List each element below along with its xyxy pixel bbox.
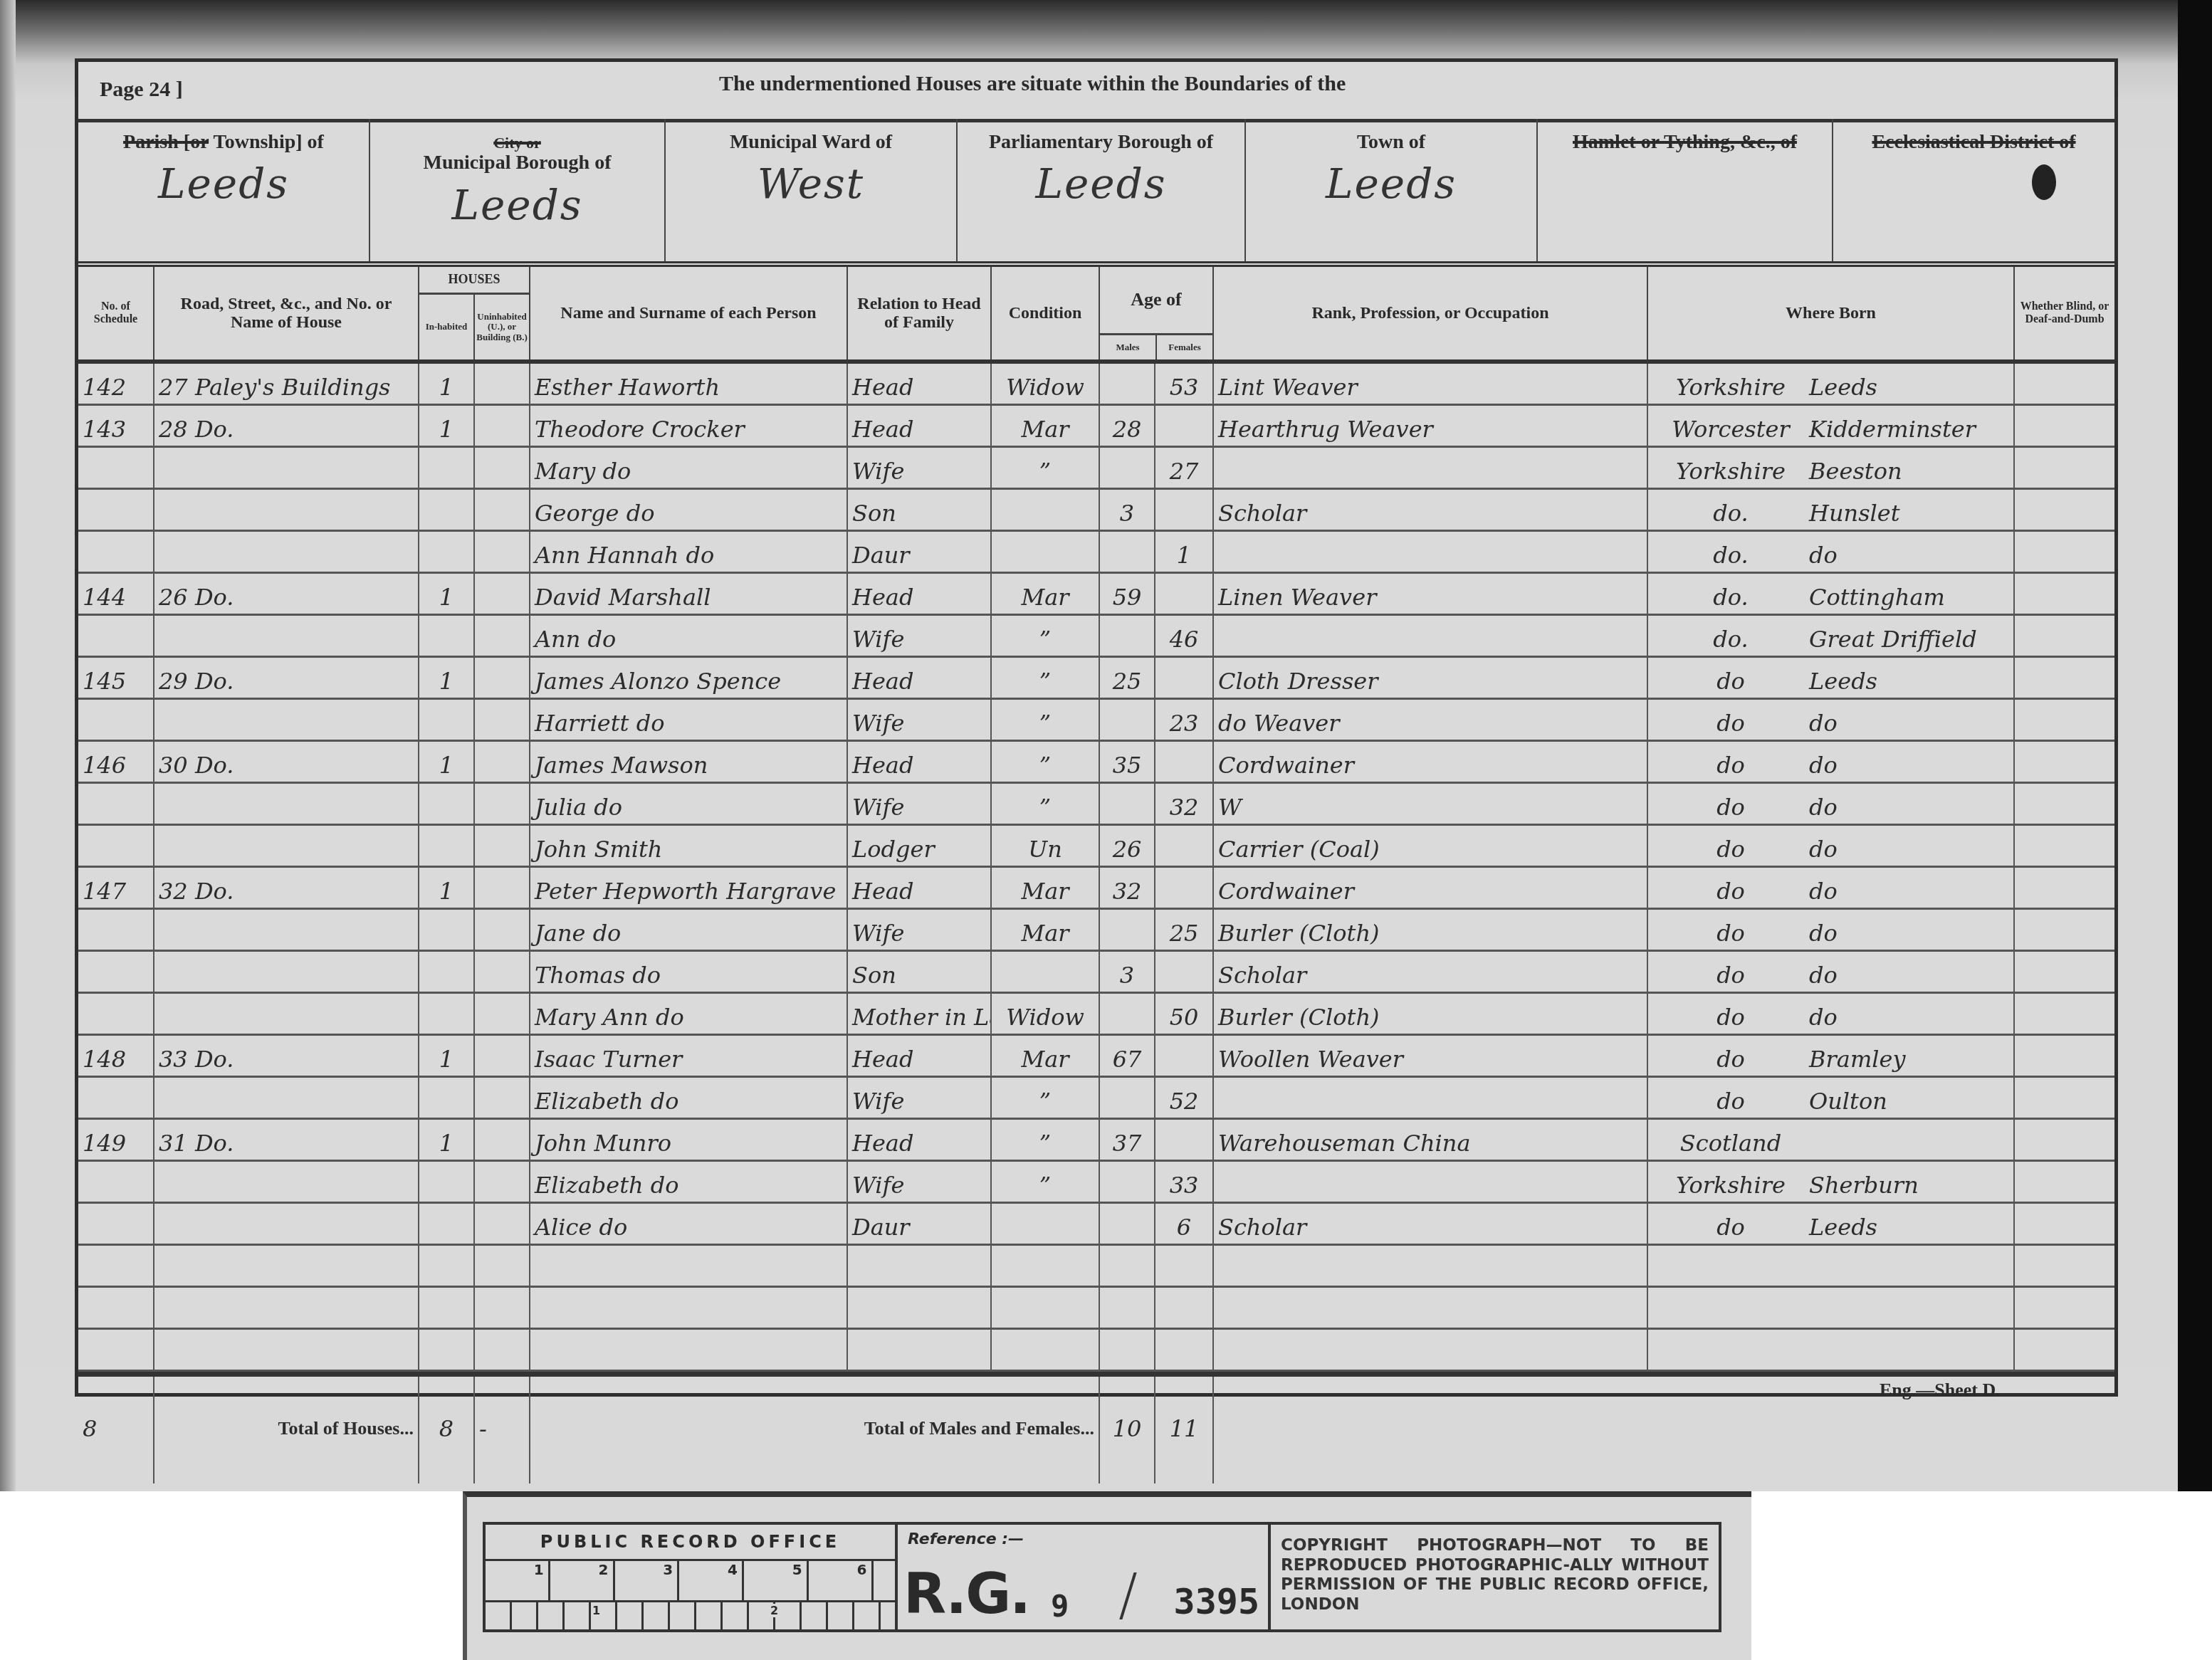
copyright-notice: COPYRIGHT PHOTOGRAPH—NOT TO BE REPRODUCE… — [1271, 1525, 1719, 1629]
cell-schedule — [78, 952, 154, 992]
cell-inhabited — [419, 994, 475, 1034]
cell-occupation: Burler (Cloth) — [1214, 994, 1648, 1034]
cell-where-born — [1648, 1330, 2015, 1370]
table-row: 14426 Do.1David MarshallHeadMar59Linen W… — [78, 574, 2114, 616]
cell-relation: Wife — [848, 910, 992, 950]
cell-inhabited — [419, 616, 475, 656]
cell-uninhabited — [475, 448, 530, 488]
cell-relation: Wife — [848, 700, 992, 740]
cell-relation: Son — [848, 490, 992, 530]
cell-uninhabited — [475, 700, 530, 740]
born-county: Worcester — [1652, 416, 1809, 443]
cell-condition: ” — [992, 616, 1100, 656]
cell-name: Peter Hepworth Hargrave — [530, 868, 848, 908]
cell-blind — [2015, 490, 2114, 530]
born-place: Oulton — [1809, 1088, 1887, 1115]
cell-condition: ” — [992, 784, 1100, 824]
ruler-mark: 2 — [770, 1604, 778, 1617]
table-row: George doSon3Scholardo.Hunslet — [78, 490, 2114, 532]
class-code: R.G. — [903, 1562, 1029, 1627]
pro-title: PUBLIC RECORD OFFICE — [486, 1525, 895, 1561]
cell-uninhabited — [475, 1120, 530, 1160]
cell-inhabited — [419, 1330, 475, 1370]
table-row: 14732 Do.1Peter Hepworth HargraveHeadMar… — [78, 868, 2114, 910]
cell-schedule — [78, 532, 154, 572]
born-place: Beeston — [1809, 458, 1902, 485]
photo-edge-black — [2178, 0, 2212, 1491]
cell-male-age — [1100, 532, 1155, 572]
cell-blind — [2015, 910, 2114, 950]
cell-road — [154, 448, 419, 488]
cell-schedule: 149 — [78, 1120, 154, 1160]
cell-male-age — [1100, 700, 1155, 740]
cell-road — [154, 532, 419, 572]
cell-relation: Wife — [848, 616, 992, 656]
cell-occupation: Carrier (Coal) — [1214, 826, 1648, 866]
cell-uninhabited — [475, 1330, 530, 1370]
cell-name: Harriett do — [530, 700, 848, 740]
cell-uninhabited — [475, 742, 530, 782]
cell-relation: Daur — [848, 1204, 992, 1244]
cell-schedule — [78, 700, 154, 740]
cell-female-age — [1155, 952, 1214, 992]
total-schedules: 8 — [78, 1377, 154, 1483]
cell-condition: Widow — [992, 364, 1100, 404]
table-row: 14931 Do.1John MunroHead”37Warehouseman … — [78, 1120, 2114, 1162]
cell-inhabited: 1 — [419, 364, 475, 404]
table-row: 14529 Do.1James Alonzo SpenceHead”25Clot… — [78, 658, 2114, 700]
table-row: Jane doWifeMar25Burler (Cloth)dodo — [78, 910, 2114, 952]
born-county: Scotland — [1652, 1130, 1809, 1157]
table-row: 14630 Do.1James MawsonHead”35Cordwainerd… — [78, 742, 2114, 784]
cell-blind — [2015, 994, 2114, 1034]
cell-schedule — [78, 1288, 154, 1328]
cell-female-age: 1 — [1155, 532, 1214, 572]
cell-female-age: 23 — [1155, 700, 1214, 740]
born-county: do — [1652, 752, 1809, 779]
cell-relation: Head — [848, 1036, 992, 1076]
col-houses: HOUSES In-habited Uninhabited (U.), or B… — [419, 267, 530, 359]
cell-male-age — [1100, 1288, 1155, 1328]
col-condition: Condition — [992, 267, 1100, 359]
cell-uninhabited — [475, 364, 530, 404]
born-county: do — [1652, 1088, 1809, 1115]
cell-relation: Head — [848, 868, 992, 908]
area-label-struck: Parish [or — [123, 131, 209, 153]
total-males: 10 — [1100, 1377, 1155, 1483]
cell-uninhabited — [475, 952, 530, 992]
cell-uninhabited — [475, 826, 530, 866]
cell-blind — [2015, 1204, 2114, 1244]
born-place: Great Driffield — [1809, 626, 1977, 653]
cell-name: Mary Ann do — [530, 994, 848, 1034]
col-uninhabited: Uninhabited (U.), or Building (B.) — [475, 295, 529, 359]
cell-schedule — [78, 994, 154, 1034]
cell-name: George do — [530, 490, 848, 530]
col-age-label: Age of — [1131, 267, 1181, 333]
piece-number: 3395 — [1174, 1581, 1259, 1622]
table-row: Harriett doWife”23do Weaverdodo — [78, 700, 2114, 742]
area-value: Leeds — [958, 159, 1244, 208]
table-row: Alice doDaur6ScholardoLeeds — [78, 1204, 2114, 1246]
area-hamlet: Hamlet or Tything, &c., of — [1538, 119, 1833, 261]
area-label: Municipal Borough of — [424, 152, 612, 174]
cell-road — [154, 1078, 419, 1118]
table-row: Elizabeth doWife”52doOulton — [78, 1078, 2114, 1120]
cell-where-born: dodo — [1648, 868, 2015, 908]
cell-where-born: YorkshireSherburn — [1648, 1162, 2015, 1202]
cell-inhabited — [419, 1246, 475, 1286]
cell-occupation: Linen Weaver — [1214, 574, 1648, 614]
cell-name: Esther Haworth — [530, 364, 848, 404]
cell-relation: Head — [848, 574, 992, 614]
cell-blind — [2015, 1162, 2114, 1202]
cell-road — [154, 1162, 419, 1202]
cell-where-born: doLeeds — [1648, 658, 2015, 698]
cell-where-born: do.do — [1648, 532, 2015, 572]
cell-blind — [2015, 658, 2114, 698]
cell-where-born: YorkshireLeeds — [1648, 364, 2015, 404]
cell-condition — [992, 1246, 1100, 1286]
pro-scale-numbers: 1 2 3 4 5 6 — [486, 1561, 895, 1602]
cell-name: Isaac Turner — [530, 1036, 848, 1076]
born-place: do — [1809, 542, 1838, 569]
cell-male-age — [1100, 448, 1155, 488]
col-blind-deaf: Whether Blind, or Deaf-and-Dumb — [2015, 267, 2114, 359]
cell-blind — [2015, 364, 2114, 404]
cell-relation: Daur — [848, 532, 992, 572]
cell-schedule: 148 — [78, 1036, 154, 1076]
table-row: 14328 Do.1Theodore CrockerHeadMar28Heart… — [78, 406, 2114, 448]
table-row: Elizabeth doWife”33YorkshireSherburn — [78, 1162, 2114, 1204]
cell-female-age: 33 — [1155, 1162, 1214, 1202]
total-houses-uninhabited: - — [475, 1377, 530, 1483]
area-label: Town of — [1357, 131, 1425, 153]
cell-name: Alice do — [530, 1204, 848, 1244]
cell-blind — [2015, 1330, 2114, 1370]
cell-inhabited: 1 — [419, 1036, 475, 1076]
cell-female-age — [1155, 1120, 1214, 1160]
cell-relation: Head — [848, 1120, 992, 1160]
cell-male-age — [1100, 616, 1155, 656]
cell-occupation: Lint Weaver — [1214, 364, 1648, 404]
cell-male-age: 3 — [1100, 952, 1155, 992]
cell-inhabited — [419, 448, 475, 488]
born-county: do — [1652, 710, 1809, 737]
cell-inhabited — [419, 1078, 475, 1118]
table-row: Mary doWife”27YorkshireBeeston — [78, 448, 2114, 490]
born-place: Leeds — [1809, 668, 1877, 695]
cell-female-age — [1155, 1288, 1214, 1328]
cell-condition: ” — [992, 1162, 1100, 1202]
cell-road — [154, 700, 419, 740]
col-where-born: Where Born — [1648, 267, 2015, 359]
cell-where-born: dodo — [1648, 910, 2015, 950]
cell-uninhabited — [475, 1288, 530, 1328]
cell-occupation — [1214, 1330, 1648, 1370]
cell-inhabited: 1 — [419, 1120, 475, 1160]
born-county: do — [1652, 962, 1809, 989]
area-township: Parish [or Township] of Leeds — [78, 119, 370, 261]
cell-female-age: 32 — [1155, 784, 1214, 824]
cell-where-born: dodo — [1648, 784, 2015, 824]
cell-road: 27 Paley's Buildings — [154, 364, 419, 404]
cell-male-age — [1100, 1078, 1155, 1118]
cell-uninhabited — [475, 1204, 530, 1244]
cell-name: Thomas do — [530, 952, 848, 992]
reference-label: Reference :— — [908, 1530, 1024, 1548]
ruler-mark: 1 — [592, 1604, 600, 1617]
table-row: 14833 Do.1Isaac TurnerHeadMar67Woollen W… — [78, 1036, 2114, 1078]
cell-road — [154, 490, 419, 530]
cell-schedule: 142 — [78, 364, 154, 404]
area-value: West — [666, 159, 956, 208]
cell-uninhabited — [475, 532, 530, 572]
cell-uninhabited — [475, 1036, 530, 1076]
table-row — [78, 1246, 2114, 1288]
cell-condition: Mar — [992, 868, 1100, 908]
born-place: Cottingham — [1809, 584, 1945, 611]
cell-male-age — [1100, 784, 1155, 824]
cell-uninhabited — [475, 868, 530, 908]
cell-where-born: dodo — [1648, 700, 2015, 740]
cell-relation: Head — [848, 406, 992, 446]
col-schedule: No. of Schedule — [78, 267, 154, 359]
sheet-header: Page 24 ] The undermentioned Houses are … — [78, 62, 2114, 122]
cell-name: James Alonzo Spence — [530, 658, 848, 698]
cell-where-born — [1648, 1288, 2015, 1328]
cell-male-age — [1100, 910, 1155, 950]
total-persons-label: Total of Males and Females... — [530, 1377, 1100, 1483]
area-label-struck: City or — [493, 134, 541, 152]
born-place: Leeds — [1809, 1214, 1877, 1241]
cell-female-age: 53 — [1155, 364, 1214, 404]
cell-name: Elizabeth do — [530, 1162, 848, 1202]
cell-condition — [992, 1204, 1100, 1244]
cell-condition: Mar — [992, 574, 1100, 614]
cell-schedule — [78, 1204, 154, 1244]
cell-female-age: 46 — [1155, 616, 1214, 656]
cell-uninhabited — [475, 784, 530, 824]
census-table: No. of Schedule Road, Street, &c., and N… — [78, 267, 2114, 1483]
cell-condition — [992, 532, 1100, 572]
cell-female-age — [1155, 826, 1214, 866]
cell-male-age: 26 — [1100, 826, 1155, 866]
cell-relation: Wife — [848, 448, 992, 488]
cell-male-age: 32 — [1100, 868, 1155, 908]
cell-inhabited — [419, 1162, 475, 1202]
census-photograph: Page 24 ] The undermentioned Houses are … — [0, 0, 2212, 1491]
cell-occupation: Burler (Cloth) — [1214, 910, 1648, 950]
table-body: 14227 Paley's Buildings1Esther HaworthHe… — [78, 364, 2114, 1372]
cell-road: 28 Do. — [154, 406, 419, 446]
cell-inhabited — [419, 532, 475, 572]
cell-schedule — [78, 1246, 154, 1286]
cell-road — [154, 1246, 419, 1286]
cell-blind — [2015, 1120, 2114, 1160]
cell-name: John Munro — [530, 1120, 848, 1160]
col-females: Females — [1157, 335, 1212, 359]
cell-where-born: do.Cottingham — [1648, 574, 2015, 614]
cell-relation: Son — [848, 952, 992, 992]
cell-where-born: dodo — [1648, 994, 2015, 1034]
total-houses-label: Total of Houses... — [154, 1377, 419, 1483]
cell-schedule — [78, 784, 154, 824]
area-label-struck: Ecclesiastical District of — [1872, 131, 2075, 153]
born-place: Bramley — [1809, 1046, 1905, 1073]
cell-inhabited — [419, 952, 475, 992]
cell-where-born: doBramley — [1648, 1036, 2015, 1076]
born-county: do. — [1652, 626, 1809, 653]
cell-male-age: 35 — [1100, 742, 1155, 782]
cell-road — [154, 994, 419, 1034]
cell-where-born: WorcesterKidderminster — [1648, 406, 2015, 446]
cell-female-age: 52 — [1155, 1078, 1214, 1118]
sheet-identifier: Eng.—Sheet D. — [1880, 1380, 2001, 1401]
scale-number: 1 — [486, 1561, 550, 1600]
area-label: Parliamentary Borough of — [989, 131, 1213, 153]
cell-name: James Mawson — [530, 742, 848, 782]
born-county: do — [1652, 1046, 1809, 1073]
area-parliamentary-borough: Parliamentary Borough of Leeds — [958, 119, 1246, 261]
area-town: Town of Leeds — [1246, 119, 1538, 261]
table-row: Mary Ann doMother in LawWidow50Burler (C… — [78, 994, 2114, 1036]
table-row: John SmithLodgerUn26Carrier (Coal)dodo — [78, 826, 2114, 868]
total-houses-inhabited: 8 — [419, 1377, 475, 1483]
cell-condition — [992, 1288, 1100, 1328]
cell-occupation: Woollen Weaver — [1214, 1036, 1648, 1076]
cell-inhabited: 1 — [419, 868, 475, 908]
cell-condition: ” — [992, 700, 1100, 740]
col-inhabited: In-habited — [419, 295, 475, 359]
born-county: do — [1652, 668, 1809, 695]
cell-name: Jane do — [530, 910, 848, 950]
cell-occupation: Cordwainer — [1214, 742, 1648, 782]
cell-road: 31 Do. — [154, 1120, 419, 1160]
cell-uninhabited — [475, 658, 530, 698]
public-record-office-label: PUBLIC RECORD OFFICE 1 2 3 4 5 6 1 2 Ref… — [463, 1491, 1751, 1660]
cell-occupation: W — [1214, 784, 1648, 824]
cell-where-born: doOulton — [1648, 1078, 2015, 1118]
col-name: Name and Surname of each Person — [530, 267, 848, 359]
cell-schedule: 147 — [78, 868, 154, 908]
born-county: do — [1652, 794, 1809, 821]
cell-name: Ann do — [530, 616, 848, 656]
cell-name: David Marshall — [530, 574, 848, 614]
cell-relation: Wife — [848, 784, 992, 824]
born-place: do — [1809, 878, 1838, 905]
census-sheet: Page 24 ] The undermentioned Houses are … — [75, 58, 2118, 1397]
cell-name: Mary do — [530, 448, 848, 488]
cell-occupation: Cloth Dresser — [1214, 658, 1648, 698]
cell-female-age — [1155, 1246, 1214, 1286]
table-row: Julia doWife”32Wdodo — [78, 784, 2114, 826]
born-county: Yorkshire — [1652, 374, 1809, 401]
cell-road: 26 Do. — [154, 574, 419, 614]
cell-where-born: dodo — [1648, 826, 2015, 866]
cell-inhabited: 1 — [419, 742, 475, 782]
born-county: Yorkshire — [1652, 1172, 1809, 1199]
born-county: do. — [1652, 584, 1809, 611]
cell-male-age: 3 — [1100, 490, 1155, 530]
cell-road — [154, 784, 419, 824]
cell-schedule: 144 — [78, 574, 154, 614]
cell-condition — [992, 1330, 1100, 1370]
cell-uninhabited — [475, 1162, 530, 1202]
cell-blind — [2015, 532, 2114, 572]
cell-uninhabited — [475, 910, 530, 950]
area-boundaries: Parish [or Township] of Leeds City orMun… — [78, 119, 2114, 267]
cell-blind — [2015, 616, 2114, 656]
cell-schedule — [78, 1330, 154, 1370]
scale-number: 4 — [679, 1561, 744, 1600]
cell-road — [154, 1330, 419, 1370]
cell-uninhabited — [475, 616, 530, 656]
cell-name — [530, 1330, 848, 1370]
cell-inhabited: 1 — [419, 574, 475, 614]
cell-condition: ” — [992, 448, 1100, 488]
cell-occupation: Scholar — [1214, 952, 1648, 992]
cell-where-born — [1648, 1246, 2015, 1286]
cell-inhabited — [419, 784, 475, 824]
reference-slash: / — [1118, 1562, 1138, 1628]
cell-relation — [848, 1330, 992, 1370]
cell-condition: Un — [992, 826, 1100, 866]
cell-female-age: 27 — [1155, 448, 1214, 488]
cell-schedule: 145 — [78, 658, 154, 698]
area-municipal-borough: City orMunicipal Borough of Leeds — [370, 119, 666, 261]
cell-condition — [992, 490, 1100, 530]
born-county: do — [1652, 920, 1809, 947]
cell-inhabited — [419, 910, 475, 950]
born-place: do — [1809, 920, 1838, 947]
cell-male-age — [1100, 1246, 1155, 1286]
table-row: Ann Hannah doDaur1do.do — [78, 532, 2114, 574]
cell-road: 33 Do. — [154, 1036, 419, 1076]
cell-occupation — [1214, 1246, 1648, 1286]
cell-inhabited — [419, 826, 475, 866]
cell-blind — [2015, 406, 2114, 446]
cell-schedule — [78, 490, 154, 530]
table-row — [78, 1330, 2114, 1372]
cell-blind — [2015, 700, 2114, 740]
cell-female-age: 50 — [1155, 994, 1214, 1034]
cell-blind — [2015, 784, 2114, 824]
cell-female-age — [1155, 1036, 1214, 1076]
scale-number: 3 — [615, 1561, 680, 1600]
area-label: Municipal Ward of — [730, 131, 892, 153]
cell-name — [530, 1288, 848, 1328]
cell-road — [154, 1204, 419, 1244]
born-place: Kidderminster — [1809, 416, 1976, 443]
cell-occupation — [1214, 532, 1648, 572]
cell-where-born: do.Hunslet — [1648, 490, 2015, 530]
cell-road — [154, 952, 419, 992]
cell-road: 29 Do. — [154, 658, 419, 698]
scale-number: 2 — [550, 1561, 615, 1600]
cell-male-age — [1100, 1330, 1155, 1370]
cell-female-age — [1155, 574, 1214, 614]
cell-schedule: 143 — [78, 406, 154, 446]
area-label-struck: Hamlet or Tything, &c., of — [1573, 131, 1797, 153]
born-county: do — [1652, 878, 1809, 905]
cell-female-age — [1155, 1330, 1214, 1370]
table-row: Ann doWife”46do.Great Driffield — [78, 616, 2114, 658]
cell-blind — [2015, 742, 2114, 782]
cell-road — [154, 826, 419, 866]
born-place: do — [1809, 794, 1838, 821]
cell-schedule — [78, 448, 154, 488]
